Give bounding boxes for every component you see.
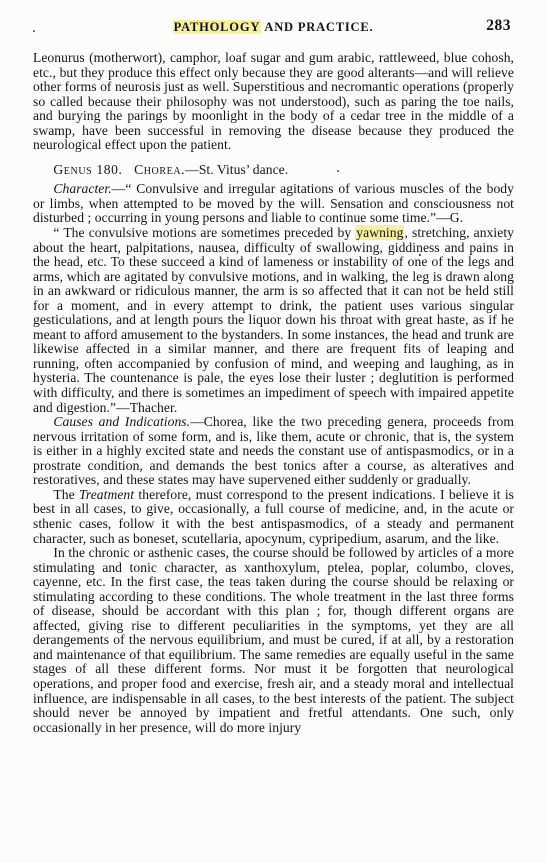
search-highlight: PATHOLOGY: [173, 20, 262, 34]
paragraph-alterants: Leonurus (motherwort), camphor, loaf sug…: [33, 51, 514, 153]
genus-subtitle: —St. Vitus’ dance.: [185, 162, 288, 177]
genus-name: Chorea.: [134, 162, 185, 177]
treatment-lead: Treatment: [79, 487, 134, 502]
paragraph-chronic-cases: In the chronic or asthenic cases, the co…: [33, 546, 514, 735]
character-lead: Character.: [53, 181, 111, 196]
convulsive-before: “ The convulsive motions are sometimes p…: [53, 225, 355, 240]
paragraph-character: Character.—“ Convulsive and irregular ag…: [33, 182, 514, 226]
book-page: PATHOLOGY AND PRACTICE. 283 Leonurus (mo…: [0, 0, 546, 863]
causes-lead: Causes and Indications.: [53, 414, 190, 429]
genus-label: Genus 180.: [53, 162, 122, 177]
running-header: PATHOLOGY AND PRACTICE. 283: [33, 20, 513, 38]
genus-heading: Genus 180.Chorea.—St. Vitus’ dance.: [33, 163, 514, 178]
search-highlight: yawning: [355, 225, 404, 240]
paragraph-convulsive-motions: “ The convulsive motions are sometimes p…: [33, 226, 514, 415]
paragraph-causes-indications: Causes and Indications.—Chorea, like the…: [33, 415, 514, 488]
convulsive-after: , stretching, anxiety about the heart, p…: [33, 225, 514, 415]
running-title-rest: AND PRACTICE.: [261, 20, 373, 34]
running-title: PATHOLOGY AND PRACTICE.: [33, 20, 513, 35]
treatment-before: The: [53, 487, 79, 502]
paragraph-treatment: The Treatment therefore, must correspond…: [33, 488, 514, 546]
page-text: Leonurus (motherwort), camphor, loaf sug…: [33, 51, 514, 735]
page-number: 283: [486, 17, 511, 35]
